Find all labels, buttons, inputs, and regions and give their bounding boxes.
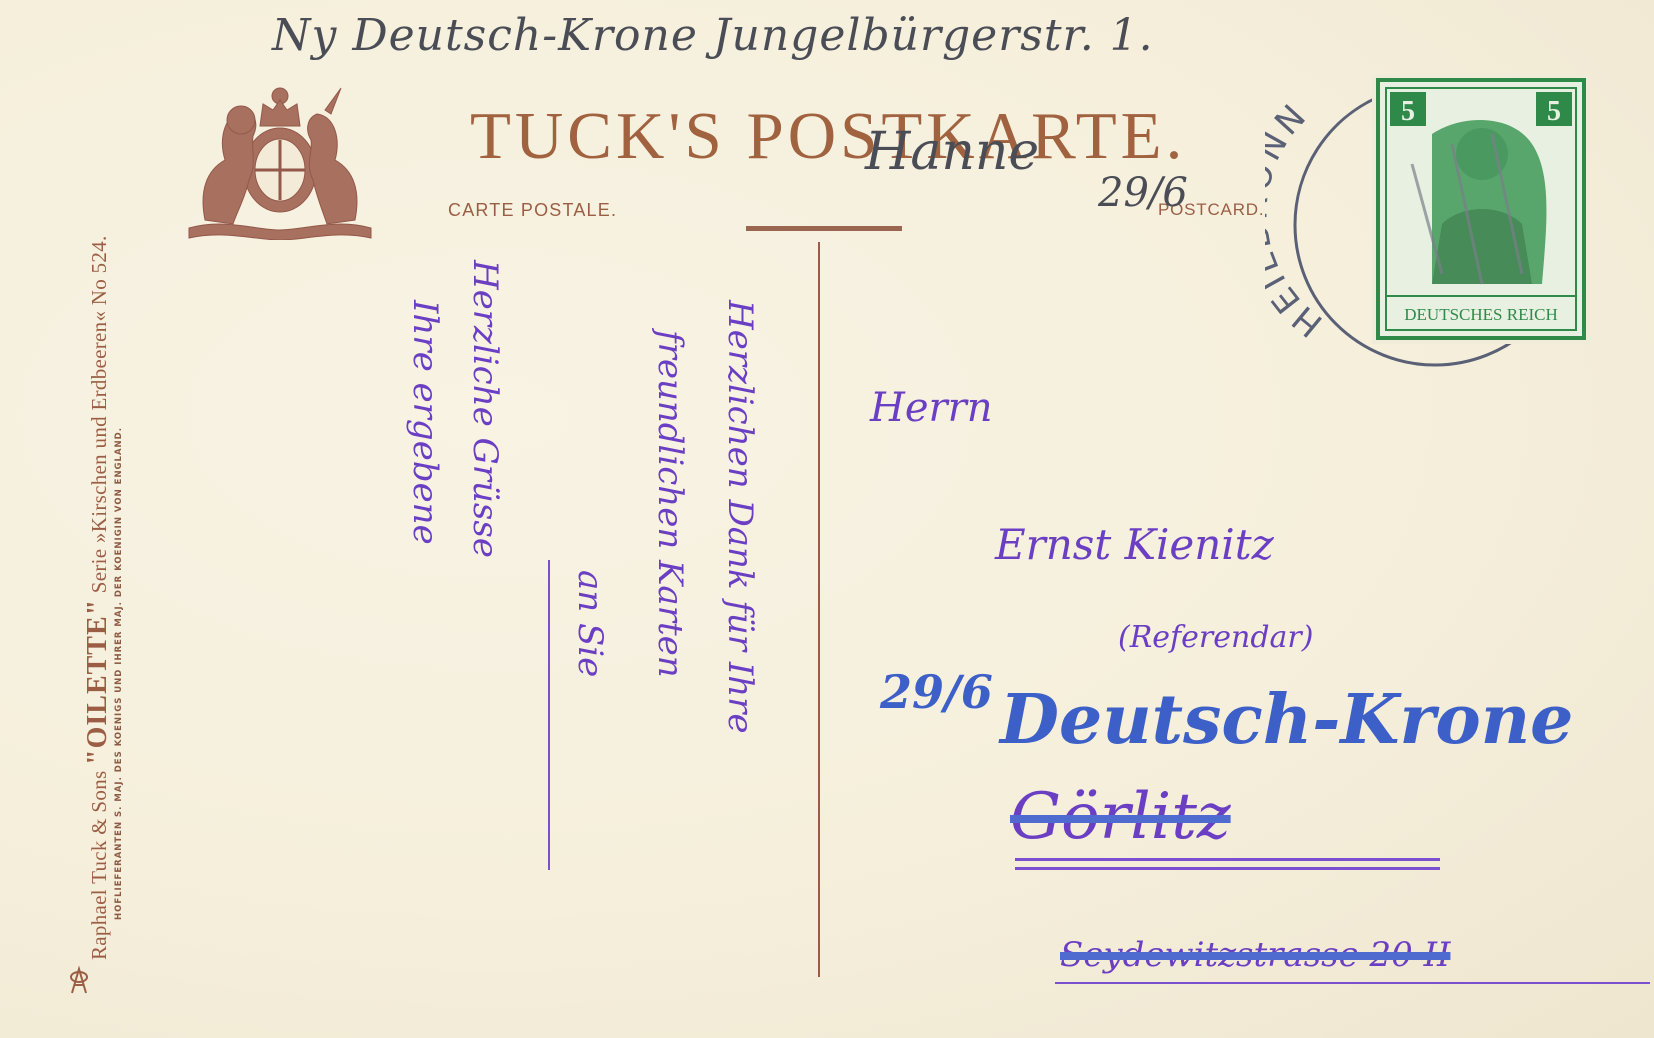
pencil-forwarding-note: Ny Deutsch-Krone Jungelbürgerstr. 1. [272, 10, 1154, 61]
struck-city: Görlitz [1010, 780, 1231, 854]
stamp-country: DEUTSCHES REICH [1404, 305, 1557, 324]
street-underline [1055, 982, 1650, 984]
recipient-title: (Referendar) [1118, 620, 1313, 655]
city-underline [1015, 858, 1440, 861]
pencil-date: 29/6 [1098, 170, 1188, 216]
forward-city: Deutsch-Krone [1000, 680, 1573, 760]
postcard-back: Raphael Tuck & Sons "OILETTE" Serie »Kir… [0, 0, 1654, 1038]
recipient-name: Ernst Kienitz [995, 520, 1274, 569]
forward-date: 29/6 [880, 665, 993, 719]
struck-street: Seydewitzstrasse 20 II [1060, 935, 1450, 975]
vertical-divider [818, 242, 820, 977]
postmark-text: HEILBRONN [1265, 95, 1330, 345]
salutation: Herrn [870, 385, 993, 431]
message-line-2: freundlichen Karten [650, 330, 690, 678]
city-underline-2 [1015, 867, 1440, 870]
brand-name: "OILETTE" [82, 599, 113, 765]
message-line-3: an Sie [570, 570, 610, 677]
publisher-sidebar: Raphael Tuck & Sons "OILETTE" Serie »Kir… [62, 40, 132, 1000]
stamp-value-right: 5 [1547, 96, 1561, 127]
royal-coat-of-arms-icon [185, 80, 375, 240]
svg-text:HEILBRONN: HEILBRONN [1265, 95, 1330, 345]
message-line-5: Ihre ergebene [405, 300, 445, 545]
stamp-value-left: 5 [1401, 96, 1415, 127]
postage-stamp-icon: 5 5 DEUTSCHES REICH [1372, 74, 1590, 344]
publisher-imprint: Raphael Tuck & Sons "OILETTE" Serie »Kir… [82, 235, 114, 960]
easel-palette-logo-icon [66, 965, 92, 995]
pencil-name: Hanne [865, 122, 1039, 182]
carte-postale-label: CARTE POSTALE. [448, 200, 617, 221]
card-title: TUCK'S POSTKARTE. [470, 98, 1186, 175]
publisher-name: Raphael Tuck & Sons [87, 771, 111, 960]
series-info: Serie »Kirschen und Erdbeeren« No 524. [87, 235, 111, 593]
message-line-1: Herzlichen Dank für Ihre [720, 300, 760, 734]
message-line-4: Herzliche Grüsse [465, 260, 505, 558]
center-rule [746, 226, 902, 231]
message-divider-line [548, 560, 550, 870]
royal-warrant-text: HOFLIEFERANTEN S. MAJ. DES KOENIGS UND I… [114, 427, 124, 920]
